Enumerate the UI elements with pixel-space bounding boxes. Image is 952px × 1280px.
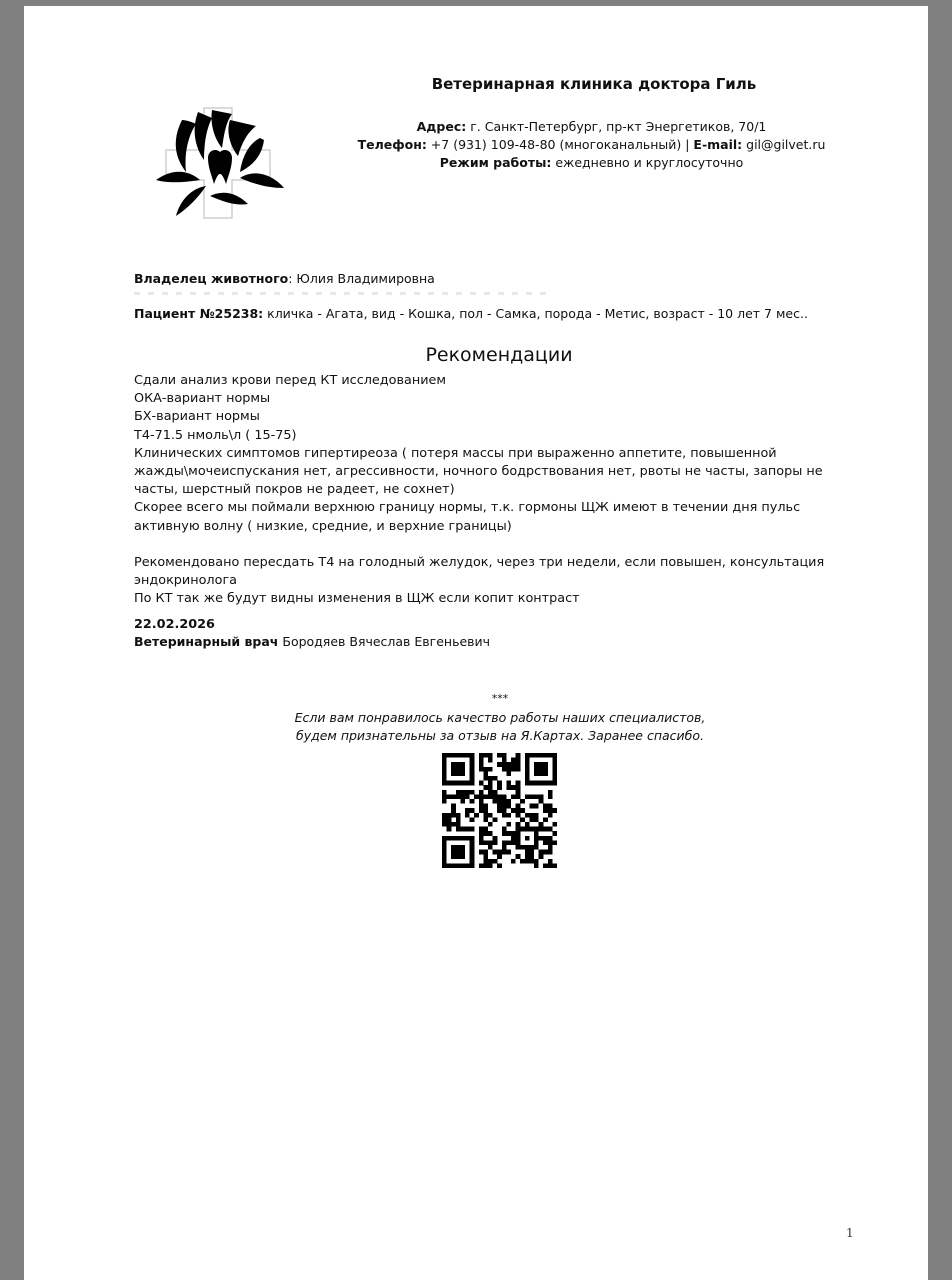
review-line-2: будем признательны за отзыв на Я.Картах.… xyxy=(274,727,726,745)
clinic-logo-icon xyxy=(152,102,288,222)
patient-line: Пациент №25238: кличка - Агата, вид - Ко… xyxy=(134,305,854,323)
page-number: 1 xyxy=(846,1226,854,1240)
recommendations-title: Рекомендации xyxy=(134,344,864,366)
separator-stars: *** xyxy=(324,692,676,705)
hours-value: ежедневно и круглосуточно xyxy=(551,155,743,170)
doctor-name: Бородяев Вячеслав Евгеньевич xyxy=(278,634,490,649)
document-page: Ветеринарная клиника доктора Гиль Адрес:… xyxy=(24,6,928,1280)
rec-line: Скорее всего мы поймали верхнюю границу … xyxy=(134,499,864,535)
owner-value: : Юлия Владимировна xyxy=(288,271,435,286)
phone-value: +7 (931) 109-48-80 (многоканальный) | xyxy=(427,137,694,152)
rec-line: БХ-вариант нормы xyxy=(134,408,864,426)
recommendations-body: Сдали анализ крови перед КТ исследование… xyxy=(134,372,864,608)
address-label: Адрес: xyxy=(417,119,467,134)
address-value: г. Санкт-Петербург, пр-кт Энергетиков, 7… xyxy=(466,119,766,134)
doctor-label: Ветеринарный врач xyxy=(134,634,278,649)
rec-line: По КТ так же будут видны изменения в ЩЖ … xyxy=(134,590,864,608)
owner-label: Владелец животного xyxy=(134,271,288,286)
qr-code-icon[interactable] xyxy=(442,753,557,868)
rec-line: Т4-71.5 нмоль\л ( 15-75) xyxy=(134,427,864,445)
report-date: 22.02.2026 xyxy=(134,617,215,632)
clinic-name: Ветеринарная клиника доктора Гиль xyxy=(324,75,864,93)
doctor-line: Ветеринарный врач Бородяев Вячеслав Евге… xyxy=(134,634,490,649)
address-line: Адрес: г. Санкт-Петербург, пр-кт Энергет… xyxy=(324,118,859,136)
patient-value: кличка - Агата, вид - Кошка, пол - Самка… xyxy=(263,306,808,321)
hours-line: Режим работы: ежедневно и круглосуточно xyxy=(324,154,859,172)
patient-label: Пациент №25238: xyxy=(134,306,263,321)
email-value: gil@gilvet.ru xyxy=(742,137,825,152)
rec-line: Рекомендовано пересдать Т4 на голодный ж… xyxy=(134,554,864,590)
review-line-1: Если вам понравилось качество работы наш… xyxy=(274,709,726,727)
clinic-contacts: Адрес: г. Санкт-Петербург, пр-кт Энергет… xyxy=(324,118,859,172)
owner-line: Владелец животного: Юлия Владимировна xyxy=(134,270,854,288)
rec-line: Сдали анализ крови перед КТ исследование… xyxy=(134,372,864,390)
phone-email-line: Телефон: +7 (931) 109-48-80 (многоканаль… xyxy=(324,136,859,154)
phone-label: Телефон: xyxy=(358,137,427,152)
rec-line: ОКА-вариант нормы xyxy=(134,390,864,408)
rec-line: Клинических симптомов гипертиреоза ( пот… xyxy=(134,445,864,500)
redacted-line xyxy=(134,292,554,295)
paragraph-gap xyxy=(134,536,864,554)
review-request: Если вам понравилось качество работы наш… xyxy=(274,709,726,745)
email-label: E-mail: xyxy=(693,137,742,152)
hours-label: Режим работы: xyxy=(440,155,552,170)
